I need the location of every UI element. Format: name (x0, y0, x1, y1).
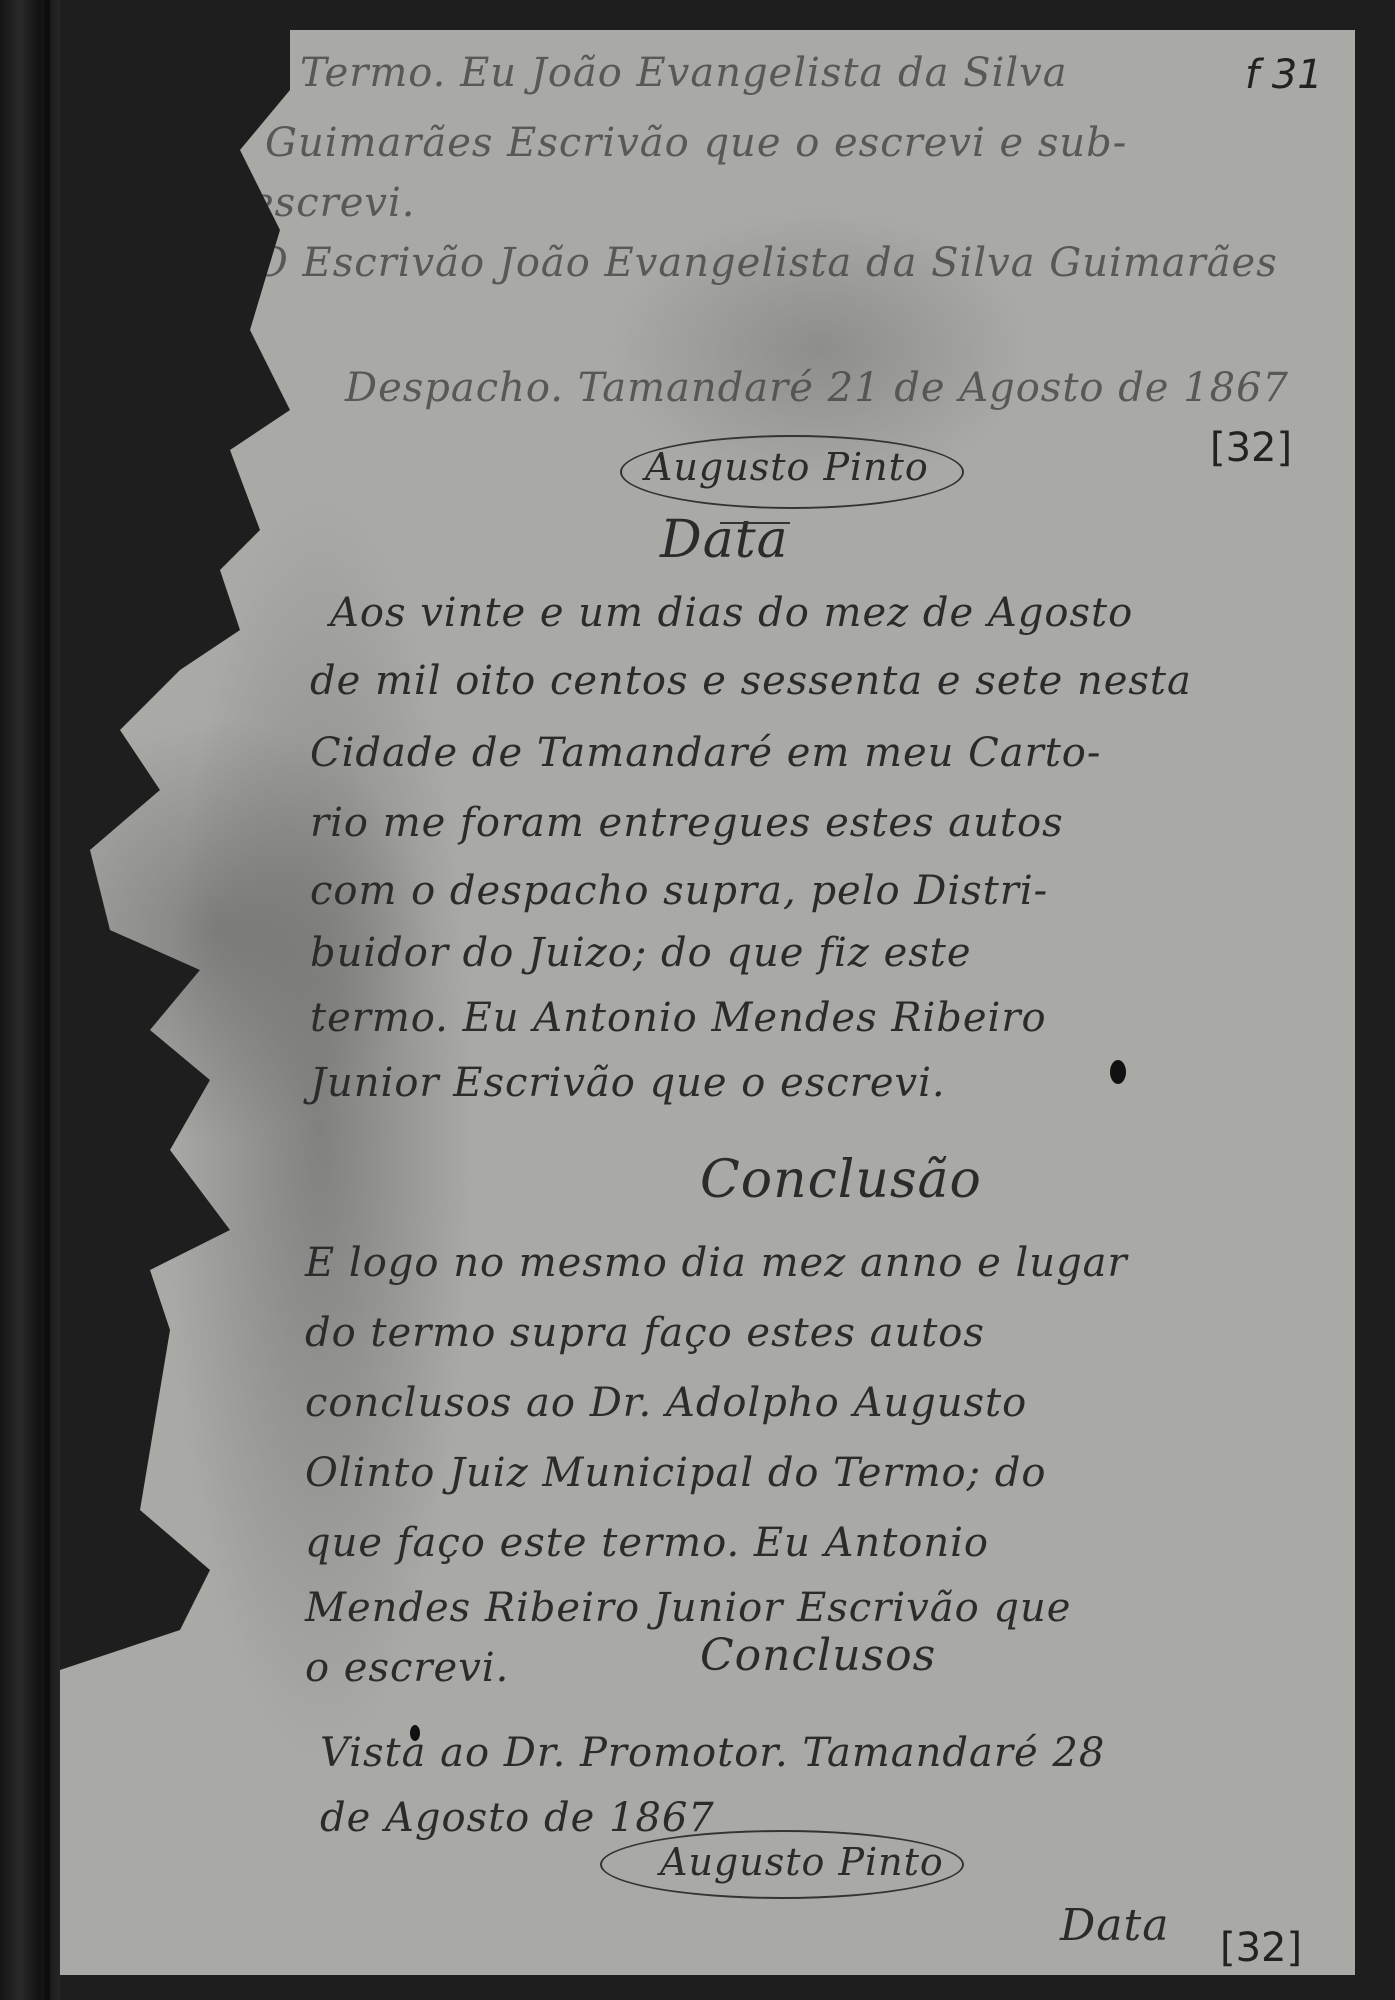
conclusao-line-5: que faço este termo. Eu Antonio (305, 1520, 989, 1566)
data-line-7: termo. Eu Antonio Mendes Ribeiro (310, 995, 1047, 1041)
page-mark-bottom: [32] (1220, 1925, 1302, 1971)
footer-data-word: Data (1060, 1900, 1169, 1951)
header-line-1: Termo. Eu João Evangelista da Silva (300, 50, 1068, 96)
conclusao-line-4: Olinto Juiz Municipal do Termo; do (305, 1450, 1046, 1496)
data-line-8: Junior Escrivão que o escrevi. (310, 1060, 946, 1106)
ink-blot (1110, 1060, 1126, 1084)
conclusos-word: Conclusos (700, 1630, 936, 1681)
document-page: f 31 Termo. Eu João Evangelista da Silva… (60, 30, 1355, 1975)
header-line-2: Guimarães Escrivão que o escrevi e sub- (265, 120, 1127, 166)
binding-strip (44, 0, 50, 2000)
conclusao-line-7: o escrevi. (305, 1645, 509, 1691)
despacho-signature: Augusto Pinto (645, 445, 929, 489)
header-line-4: O Escrivão João Evangelista da Silva Gui… (255, 240, 1278, 286)
folio-number: f 31 (1245, 52, 1323, 98)
conclusao-heading: Conclusão (700, 1150, 982, 1210)
conclusao-line-3: conclusos ao Dr. Adolpho Augusto (305, 1380, 1027, 1426)
data-line-3: Cidade de Tamandaré em meu Carto- (310, 730, 1101, 776)
vista-line-2: de Agosto de 1867 (320, 1795, 715, 1841)
data-line-4: rio me foram entregues estes autos (310, 800, 1064, 846)
data-heading: Data (660, 510, 789, 570)
heading-underline (720, 522, 790, 524)
page-mark-middle: [32] (1210, 425, 1292, 471)
ink-blot (410, 1725, 420, 1741)
data-line-1: Aos vinte e um dias do mez de Agosto (330, 590, 1133, 636)
book-binding (0, 0, 60, 2000)
vista-signature: Augusto Pinto (660, 1840, 944, 1884)
conclusao-line-1: E logo no mesmo dia mez anno e lugar (305, 1240, 1128, 1286)
vista-line-1: Vista ao Dr. Promotor. Tamandaré 28 (320, 1730, 1105, 1776)
conclusao-line-2: do termo supra faço estes autos (305, 1310, 985, 1356)
data-line-2: de mil oito centos e sessenta e sete nes… (310, 658, 1192, 704)
despacho-line: Despacho. Tamandaré 21 de Agosto de 1867 (345, 365, 1289, 411)
data-line-5: com o despacho supra, pelo Distri- (310, 868, 1048, 914)
data-line-6: buidor do Juizo; do que fiz este (310, 930, 972, 976)
header-line-3: escrevi. (250, 180, 416, 226)
conclusao-line-6: Mendes Ribeiro Junior Escrivão que (305, 1585, 1071, 1631)
